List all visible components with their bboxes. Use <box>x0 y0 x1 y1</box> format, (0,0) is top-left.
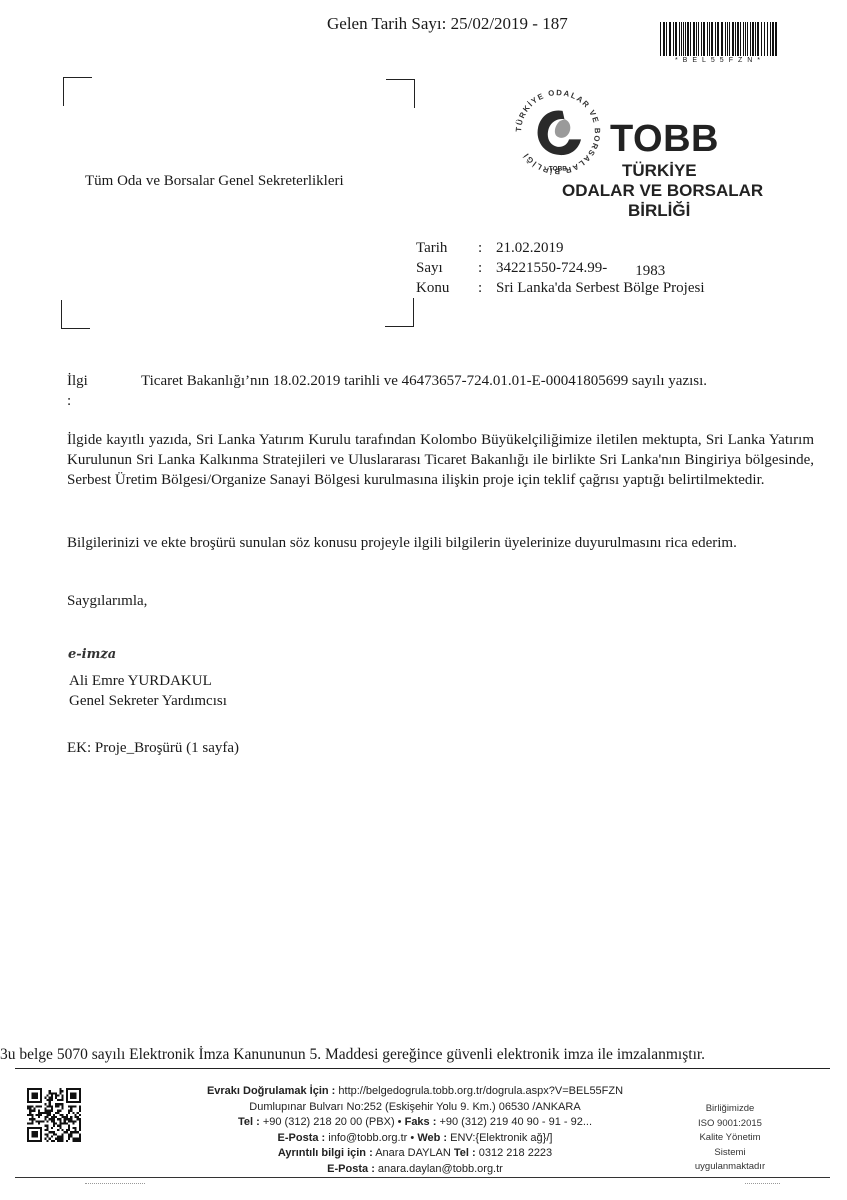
meta-value: 21.02.2019 <box>496 238 564 258</box>
barcode-bars <box>660 22 780 56</box>
address-window-corner-top-left <box>63 77 92 106</box>
barcode-text: *BEL55FZN* <box>660 57 780 64</box>
body-paragraph-2: Bilgilerinizi ve ekte broşürü sunulan sö… <box>67 533 814 553</box>
contact-phone: 0312 218 2223 <box>479 1147 552 1159</box>
signer: Ali Emre YURDAKUL Genel Sekreter Yardımc… <box>69 671 227 711</box>
address-line: Dumlupınar Bulvarı No:252 (Eskişehir Yol… <box>140 1100 690 1116</box>
logo-acronym: TOBB <box>610 118 719 161</box>
iso-quality-note: Birliğimizde ISO 9001:2015 Kalite Yöneti… <box>680 1102 780 1175</box>
phone: +90 (312) 218 20 00 (PBX) <box>263 1116 395 1128</box>
document-barcode: *BEL55FZN* <box>660 22 780 66</box>
contact-email[interactable]: anara.daylan@tobb.org.tr <box>378 1163 503 1175</box>
contact-email-line: E-Posta : anara.daylan@tobb.org.tr <box>140 1162 690 1178</box>
address-window-corner-bottom-right <box>385 298 414 327</box>
contact-line: Ayrıntılı bilgi için : Anara DAYLAN Tel … <box>140 1146 690 1162</box>
web: ENV:{Elektronik ağ}/] <box>450 1132 552 1144</box>
e-signature-mark: e-imza <box>68 647 116 662</box>
meta-number-suffix: 1983 <box>635 261 665 281</box>
phone-line: Tel : +90 (312) 218 20 00 (PBX) • Faks :… <box>140 1115 690 1131</box>
verify-url[interactable]: http://belgedogrula.tobb.org.tr/dogrula.… <box>338 1085 623 1097</box>
reference-label: İlgi : <box>67 371 88 411</box>
meta-row-date: Tarih : 21.02.2019 <box>416 238 705 258</box>
meta-key: Konu <box>416 278 478 298</box>
verification-qr-code-icon <box>27 1088 81 1142</box>
tobb-emblem-icon: TÜRKİYE ODALAR VE BORSALAR BİRLİĞİ TOBB <box>512 86 604 178</box>
footer-divider-top <box>15 1068 830 1069</box>
faint-print-mark <box>85 1183 145 1184</box>
signer-name: Ali Emre YURDAKUL <box>69 671 227 691</box>
logo-line-2: ODALAR VE BORSALAR <box>562 181 763 201</box>
signer-title: Genel Sekreter Yardımcısı <box>69 691 227 711</box>
meta-separator: : <box>478 278 496 298</box>
fax: +90 (312) 219 40 90 - 91 - 92... <box>439 1116 592 1128</box>
verify-label: Evrakı Doğrulamak İçin <box>207 1085 329 1097</box>
attachment: EK: Proje_Broşürü (1 sayfa) <box>67 740 239 757</box>
logo-line-1: TÜRKİYE <box>622 161 697 181</box>
meta-value: Sri Lanka'da Serbest Bölge Projesi <box>496 278 705 298</box>
faint-print-mark <box>745 1183 780 1184</box>
logo-line-3: BİRLİĞİ <box>628 201 690 221</box>
email[interactable]: info@tobb.org.tr <box>328 1132 407 1144</box>
meta-row-subject: Konu : Sri Lanka'da Serbest Bölge Projes… <box>416 278 705 298</box>
verify-line: Evrakı Doğrulamak İçin : http://belgedog… <box>140 1084 690 1100</box>
meta-separator: : <box>478 258 496 278</box>
closing: Saygılarımla, <box>67 593 147 610</box>
email-web-line: E-Posta : info@tobb.org.tr • Web : ENV:{… <box>140 1131 690 1147</box>
body-paragraph-1: İlgide kayıtlı yazıda, Sri Lanka Yatırım… <box>67 430 814 490</box>
svg-text:TOBB: TOBB <box>549 166 567 173</box>
meta-value: 34221550-724.99- <box>496 258 607 278</box>
reference-text: Ticaret Bakanlığı’nın 18.02.2019 tarihli… <box>141 371 781 391</box>
e-signature-law-notice: 3u belge 5070 sayılı Elektronik İmza Kan… <box>0 1046 705 1064</box>
meta-key: Tarih <box>416 238 478 258</box>
address-window-corner-top-right <box>386 79 415 108</box>
document-meta: Tarih : 21.02.2019 Sayı : 34221550-724.9… <box>416 238 705 298</box>
contact-name: Anara DAYLAN <box>375 1147 451 1159</box>
meta-row-number: Sayı : 34221550-724.99- 1983 <box>416 258 705 278</box>
footer-contact: Evrakı Doğrulamak İçin : http://belgedog… <box>140 1084 690 1177</box>
footer-divider-bottom <box>15 1177 830 1178</box>
recipient: Tüm Oda ve Borsalar Genel Sekreterlikler… <box>85 173 344 190</box>
meta-separator: : <box>478 238 496 258</box>
meta-key: Sayı <box>416 258 478 278</box>
incoming-date-stamp: Gelen Tarih Sayı: 25/02/2019 - 187 <box>327 14 568 34</box>
address-window-corner-bottom-left <box>61 300 90 329</box>
